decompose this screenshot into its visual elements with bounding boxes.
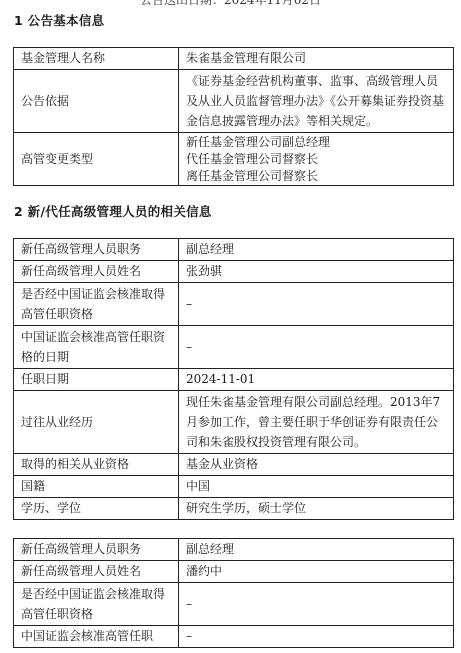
row-label: 中国证监会核准高管任职资格的日期 bbox=[14, 326, 179, 369]
row-value: 2024-11-01 bbox=[179, 369, 454, 391]
row-label: 公告依据 bbox=[14, 70, 179, 133]
basic-info-table: 基金管理人名称 朱雀基金管理有限公司 公告依据 《证券基金经营机构董事、监事、高… bbox=[13, 47, 454, 186]
row-label: 基金管理人名称 bbox=[14, 48, 179, 70]
row-label: 是否经中国证监会核准取得高管任职资格 bbox=[14, 283, 179, 326]
row-value: 潘约中 bbox=[179, 561, 454, 583]
table-row: 中国证监会核准高管任职资格的日期 – bbox=[14, 326, 454, 369]
announcement-date-line: 公告送出日期：2024年11月02日 bbox=[0, 0, 461, 8]
table-row: 基金管理人名称 朱雀基金管理有限公司 bbox=[14, 48, 454, 70]
row-label: 国籍 bbox=[14, 476, 179, 498]
row-label: 学历、学位 bbox=[14, 498, 179, 520]
table-row: 公告依据 《证券基金经营机构董事、监事、高级管理人员及从业人员监督管理办法》《公… bbox=[14, 70, 454, 133]
table-row: 是否经中国证监会核准取得高管任职资格 – bbox=[14, 583, 454, 626]
table-row: 新任高级管理人员姓名 潘约中 bbox=[14, 561, 454, 583]
table-row: 任职日期 2024-11-01 bbox=[14, 369, 454, 391]
table-row: 学历、学位 研究生学历，硕士学位 bbox=[14, 498, 454, 520]
table-row: 新任高级管理人员职务 副总经理 bbox=[14, 239, 454, 261]
table-row: 取得的相关从业资格 基金从业资格 bbox=[14, 454, 454, 476]
table-row: 高管变更类型 新任基金管理公司副总经理 代任基金管理公司督察长 离任基金管理公司… bbox=[14, 133, 454, 186]
row-value: – bbox=[179, 583, 454, 626]
row-value: 副总经理 bbox=[179, 539, 454, 561]
row-label: 取得的相关从业资格 bbox=[14, 454, 179, 476]
row-value: 研究生学历，硕士学位 bbox=[179, 498, 454, 520]
row-value: 新任基金管理公司副总经理 代任基金管理公司督察长 离任基金管理公司督察长 bbox=[179, 133, 454, 186]
table-row: 新任高级管理人员职务 副总经理 bbox=[14, 539, 454, 561]
table-row: 中国证监会核准高管任职 – bbox=[14, 626, 454, 648]
section-1-title: 1 公告基本信息 bbox=[14, 11, 104, 29]
row-value: – bbox=[179, 283, 454, 326]
table-row: 是否经中国证监会核准取得高管任职资格 – bbox=[14, 283, 454, 326]
row-value: 副总经理 bbox=[179, 239, 454, 261]
row-label: 中国证监会核准高管任职 bbox=[14, 626, 179, 648]
row-label: 过往从业经历 bbox=[14, 391, 179, 454]
row-value: 现任朱雀基金管理有限公司副总经理。2013年7月参加工作，曾主要任职于华创证券有… bbox=[179, 391, 454, 454]
row-value: 朱雀基金管理有限公司 bbox=[179, 48, 454, 70]
row-value: – bbox=[179, 626, 454, 648]
table-row: 新任高级管理人员姓名 张劲骐 bbox=[14, 261, 454, 283]
row-label: 高管变更类型 bbox=[14, 133, 179, 186]
row-value: 张劲骐 bbox=[179, 261, 454, 283]
row-label: 新任高级管理人员姓名 bbox=[14, 561, 179, 583]
row-value: – bbox=[179, 326, 454, 369]
row-label: 任职日期 bbox=[14, 369, 179, 391]
officer-2-table: 新任高级管理人员职务 副总经理 新任高级管理人员姓名 潘约中 是否经中国证监会核… bbox=[13, 538, 454, 648]
row-value: 中国 bbox=[179, 476, 454, 498]
table-row: 国籍 中国 bbox=[14, 476, 454, 498]
officer-1-table: 新任高级管理人员职务 副总经理 新任高级管理人员姓名 张劲骐 是否经中国证监会核… bbox=[13, 238, 454, 520]
row-value: 《证券基金经营机构董事、监事、高级管理人员及从业人员监督管理办法》《公开募集证券… bbox=[179, 70, 454, 133]
row-value: 基金从业资格 bbox=[179, 454, 454, 476]
row-label: 新任高级管理人员职务 bbox=[14, 239, 179, 261]
row-label: 新任高级管理人员姓名 bbox=[14, 261, 179, 283]
table-row: 过往从业经历 现任朱雀基金管理有限公司副总经理。2013年7月参加工作，曾主要任… bbox=[14, 391, 454, 454]
row-label: 新任高级管理人员职务 bbox=[14, 539, 179, 561]
row-label: 是否经中国证监会核准取得高管任职资格 bbox=[14, 583, 179, 626]
section-2-title: 2 新/代任高级管理人员的相关信息 bbox=[14, 202, 212, 220]
